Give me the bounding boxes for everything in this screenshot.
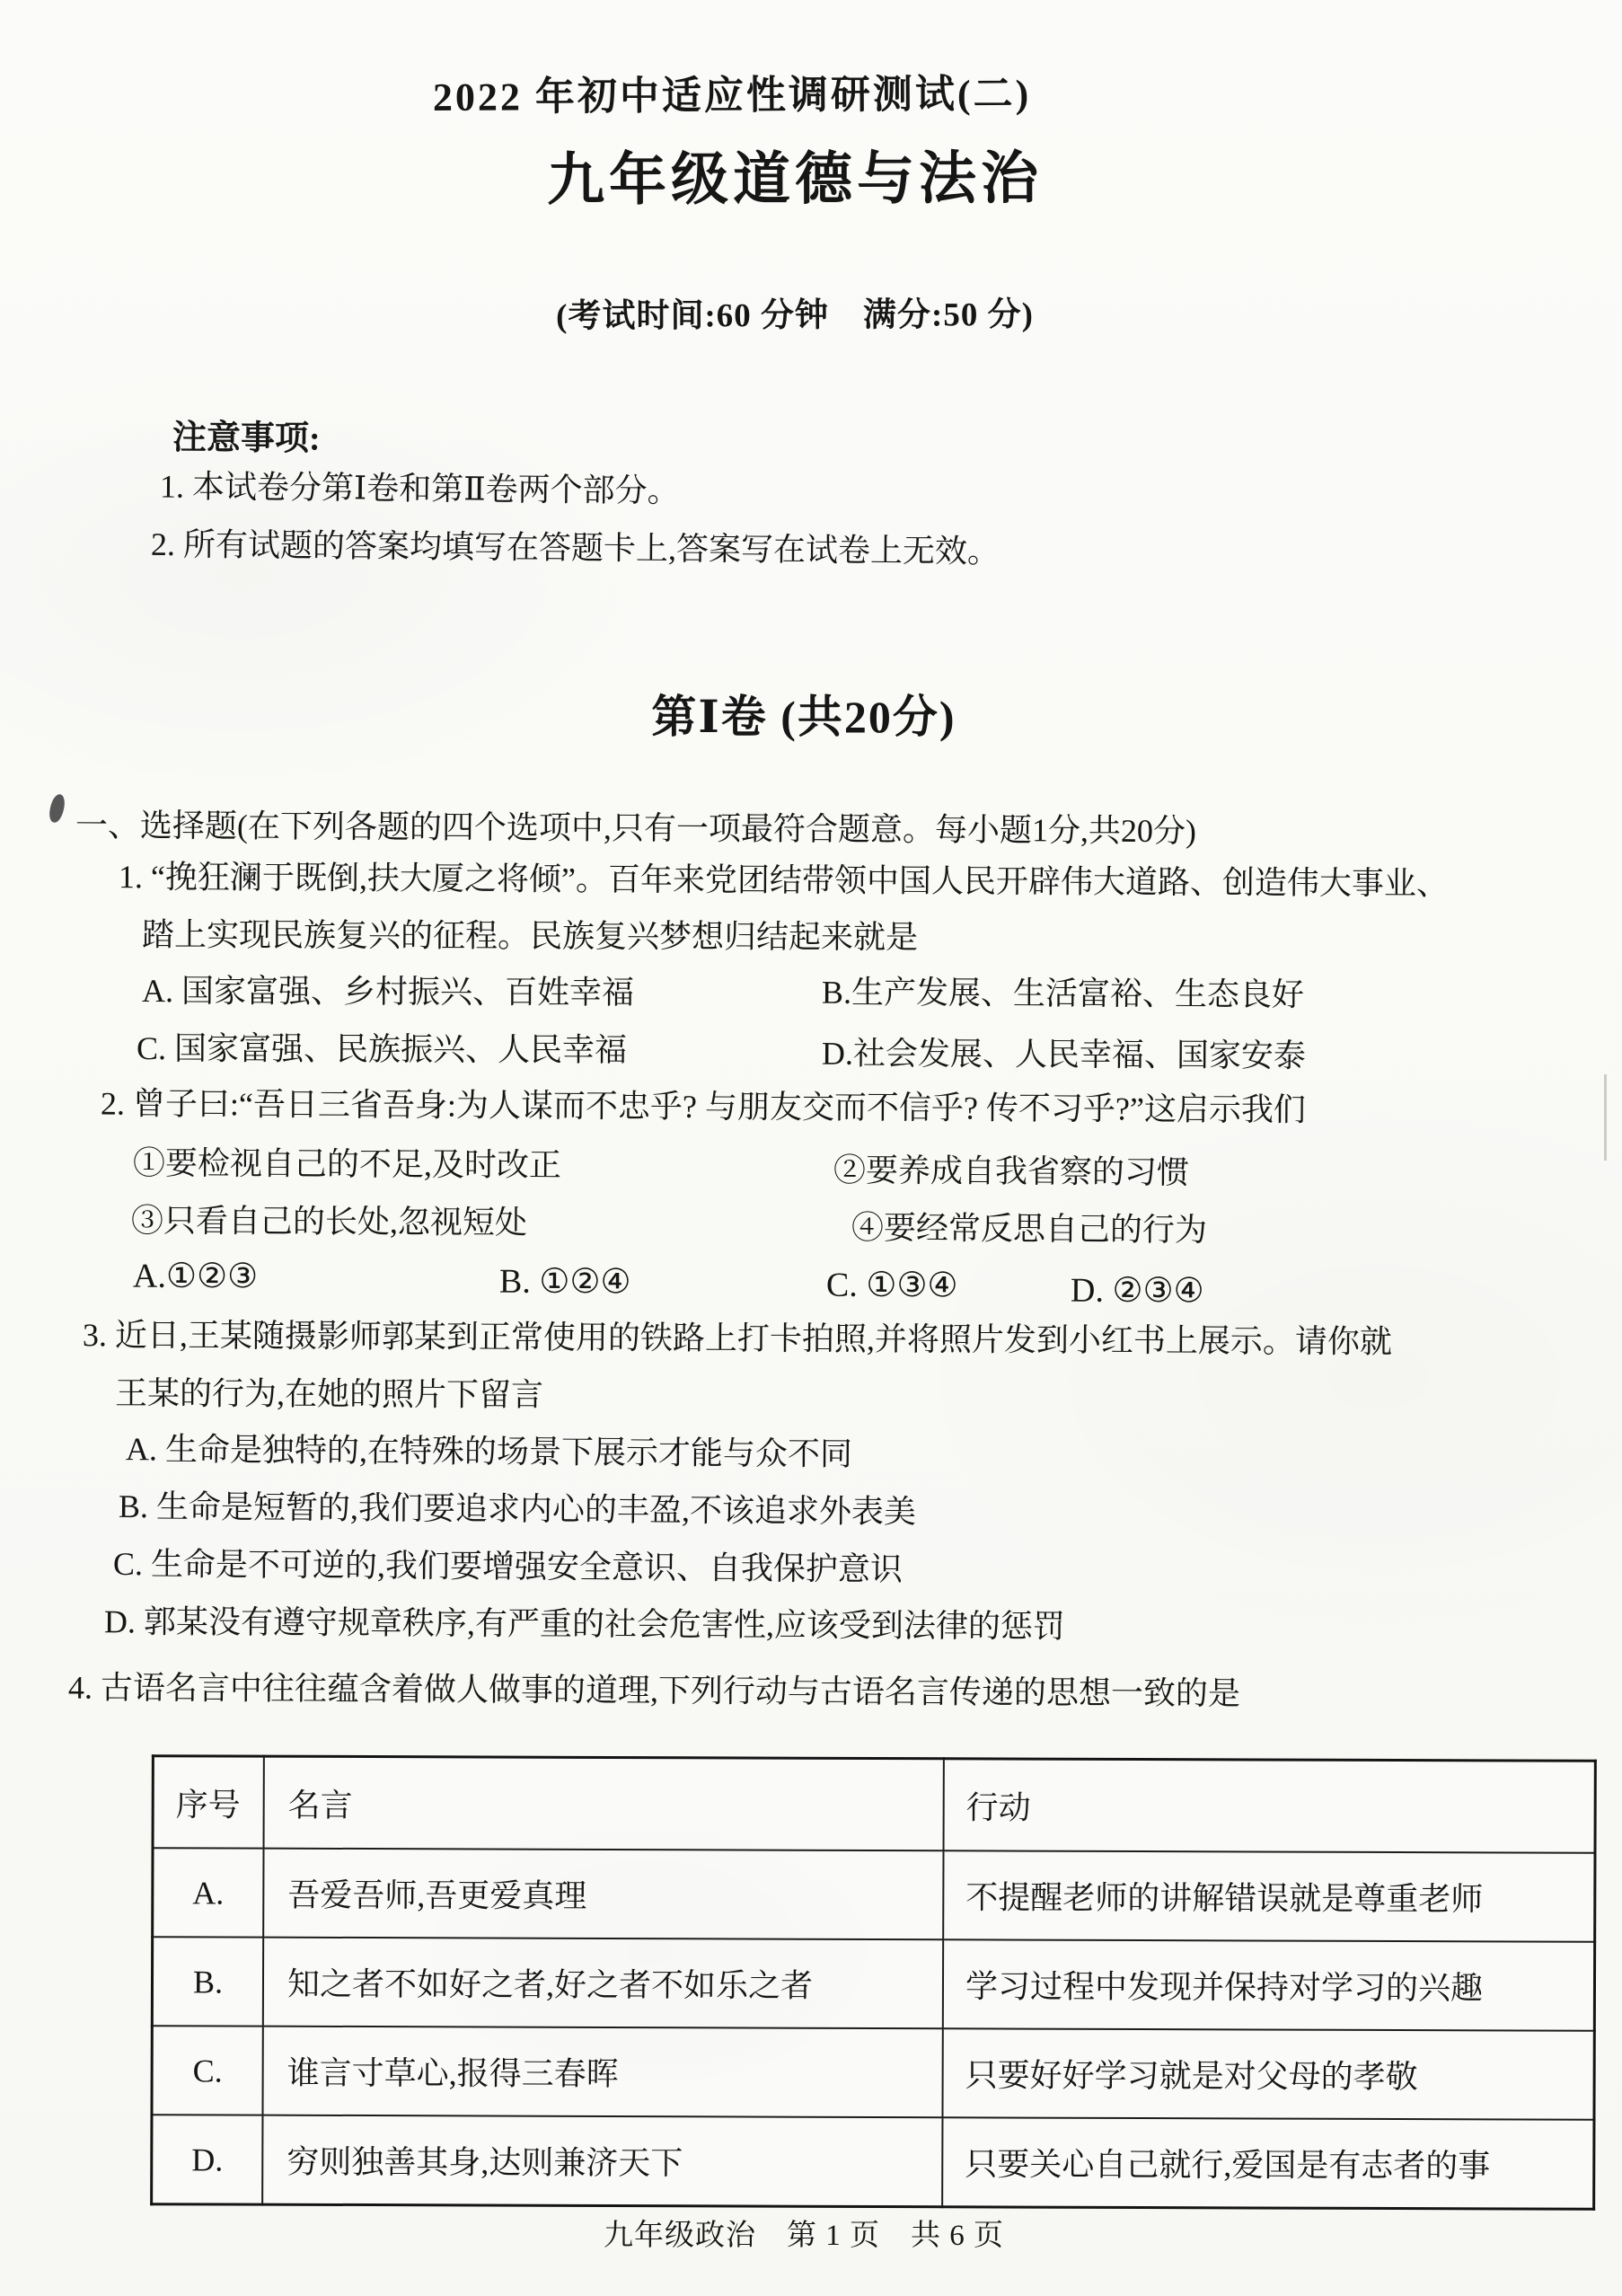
q4-table-row-b: B. 知之者不如好之者,好之者不如乐之者 学习过程中发现并保持对学习的兴趣 [152, 1937, 1594, 2031]
q4-row-c-quote: 谁言寸草心,报得三春晖 [262, 2027, 942, 2118]
q2-answer-b: B. ①②④ [499, 1261, 631, 1303]
q3-option-a: A. 生命是独特的,在特殊的场景下展示才能与众不同 [126, 1424, 852, 1475]
scan-smudge-artifact [48, 793, 66, 824]
q2-stem: 2. 曾子曰:“吾日三省吾身:为人谋而不忠乎? 与朋友交而不信乎? 传不习乎?”… [101, 1078, 1306, 1130]
q2-statement-1: ①要检视自己的不足,及时改正 [133, 1138, 561, 1186]
q3-option-c: C. 生命是不可逆的,我们要增强安全意识、自我保护意识 [113, 1539, 903, 1590]
q1-option-c: C. 国家富强、民族振兴、人民幸福 [137, 1023, 627, 1071]
q4-table: 序号 名言 行动 A. 吾爱吾师,吾更爱真理 不提醒老师的讲解错误就是尊重老师 … [150, 1754, 1597, 2211]
q4-row-a-action: 不提醒老师的讲解错误就是尊重老师 [943, 1850, 1595, 1942]
q3-option-b: B. 生命是短暂的,我们要追求内心的丰盈,不该追求外表美 [119, 1481, 916, 1532]
section-1-title: 第Ⅰ卷 (共20分) [0, 681, 1608, 746]
q4-table-header-quote: 名言 [264, 1756, 944, 1850]
q4-row-d-quote: 穷则独善其身,达则兼济天下 [262, 2115, 942, 2207]
q2-statement-2: ②要养成自我省察的习惯 [833, 1145, 1189, 1194]
q4-table-header-number: 序号 [153, 1756, 264, 1849]
q1-stem-line-2: 踏上实现民族复兴的征程。民族复兴梦想归结起来就是 [142, 909, 918, 958]
q1-stem-line-1: 1. “挽狂澜于既倒,扶大厦之将倾”。百年来党团结带领中国人民开辟伟大道路、创造… [119, 852, 1449, 905]
q1-option-a: A. 国家富强、乡村振兴、百姓幸福 [142, 966, 634, 1013]
q4-row-b-action: 学习过程中发现并保持对学习的兴趣 [943, 1939, 1595, 2031]
exam-info: (考试时间:60 分钟 满分:50 分) [0, 285, 1590, 339]
q2-statement-4: ④要经常反思自己的行为 [851, 1203, 1207, 1251]
q4-table-row-d: D. 穷则独善其身,达则兼济天下 只要关心自己就行,爱国是有志者的事 [152, 2115, 1594, 2209]
q4-row-a-quote: 吾爱吾师,吾更爱真理 [263, 1849, 943, 1940]
page-footer: 九年级政治 第 1 页 共 6 页 [0, 2212, 1608, 2254]
subject-title: 九年级道德与法治 [0, 130, 1590, 218]
q4-stem: 4. 古语名言中往往蕴含着做人做事的道理,下列行动与古语名言传递的思想一致的是 [68, 1663, 1240, 1715]
scan-line-artifact [1604, 1074, 1607, 1161]
multiple-choice-heading: 一、选择题(在下列各题的四个选项中,只有一项最符合题意。每小题1分,共20分) [75, 800, 1196, 852]
q2-answer-a: A.①②③ [133, 1256, 258, 1297]
q4-row-c-action: 只要好好学习就是对父母的孝敬 [942, 2028, 1594, 2120]
notice-item-2: 2. 所有试题的答案均填写在答题卡上,答案写在试卷上无效。 [151, 519, 1000, 572]
q4-table-header-row: 序号 名言 行动 [153, 1756, 1595, 1853]
q4-row-d-number: D. [152, 2115, 263, 2204]
exam-title: 2022 年初中适应性调研测试(二) [81, 59, 1383, 125]
q3-stem-line-1: 3. 近日,王某随摄影师郭某到正常使用的铁路上打卡拍照,并将照片发到小红书上展示… [83, 1310, 1392, 1363]
q4-row-b-quote: 知之者不如好之者,好之者不如乐之者 [263, 1938, 943, 2029]
q2-statement-3: ③只看自己的长处,忽视短处 [131, 1196, 527, 1243]
q4-table-header-action: 行动 [944, 1759, 1596, 1853]
q4-table-row-a: A. 吾爱吾师,吾更爱真理 不提醒老师的讲解错误就是尊重老师 [153, 1848, 1595, 1942]
q4-table-row-c: C. 谁言寸草心,报得三春晖 只要好好学习就是对父母的孝敬 [152, 2026, 1594, 2120]
q3-option-d: D. 郭某没有遵守规章秩序,有严重的社会危害性,应该受到法律的惩罚 [104, 1596, 1065, 1647]
exam-paper-page: 2022 年初中适应性调研测试(二) 九年级道德与法治 (考试时间:60 分钟 … [0, 0, 1622, 2296]
q4-row-b-number: B. [152, 1937, 263, 2026]
notice-item-1: 1. 本试卷分第Ⅰ卷和第Ⅱ卷两个部分。 [160, 461, 680, 511]
q1-option-d: D.社会发展、人民幸福、国家安泰 [822, 1029, 1306, 1077]
q2-answer-c: C. ①③④ [826, 1265, 958, 1306]
notice-title: 注意事项: [172, 409, 321, 459]
q4-row-c-number: C. [152, 2026, 263, 2115]
q1-option-b: B.生产发展、生活富裕、生态良好 [822, 967, 1304, 1016]
q2-answer-d: D. ②③④ [1071, 1270, 1204, 1311]
q4-row-a-number: A. [153, 1848, 264, 1937]
q4-row-d-action: 只要关心自己就行,爱国是有志者的事 [942, 2117, 1594, 2209]
q3-stem-line-2: 王某的行为,在她的照片下留言 [115, 1368, 543, 1416]
